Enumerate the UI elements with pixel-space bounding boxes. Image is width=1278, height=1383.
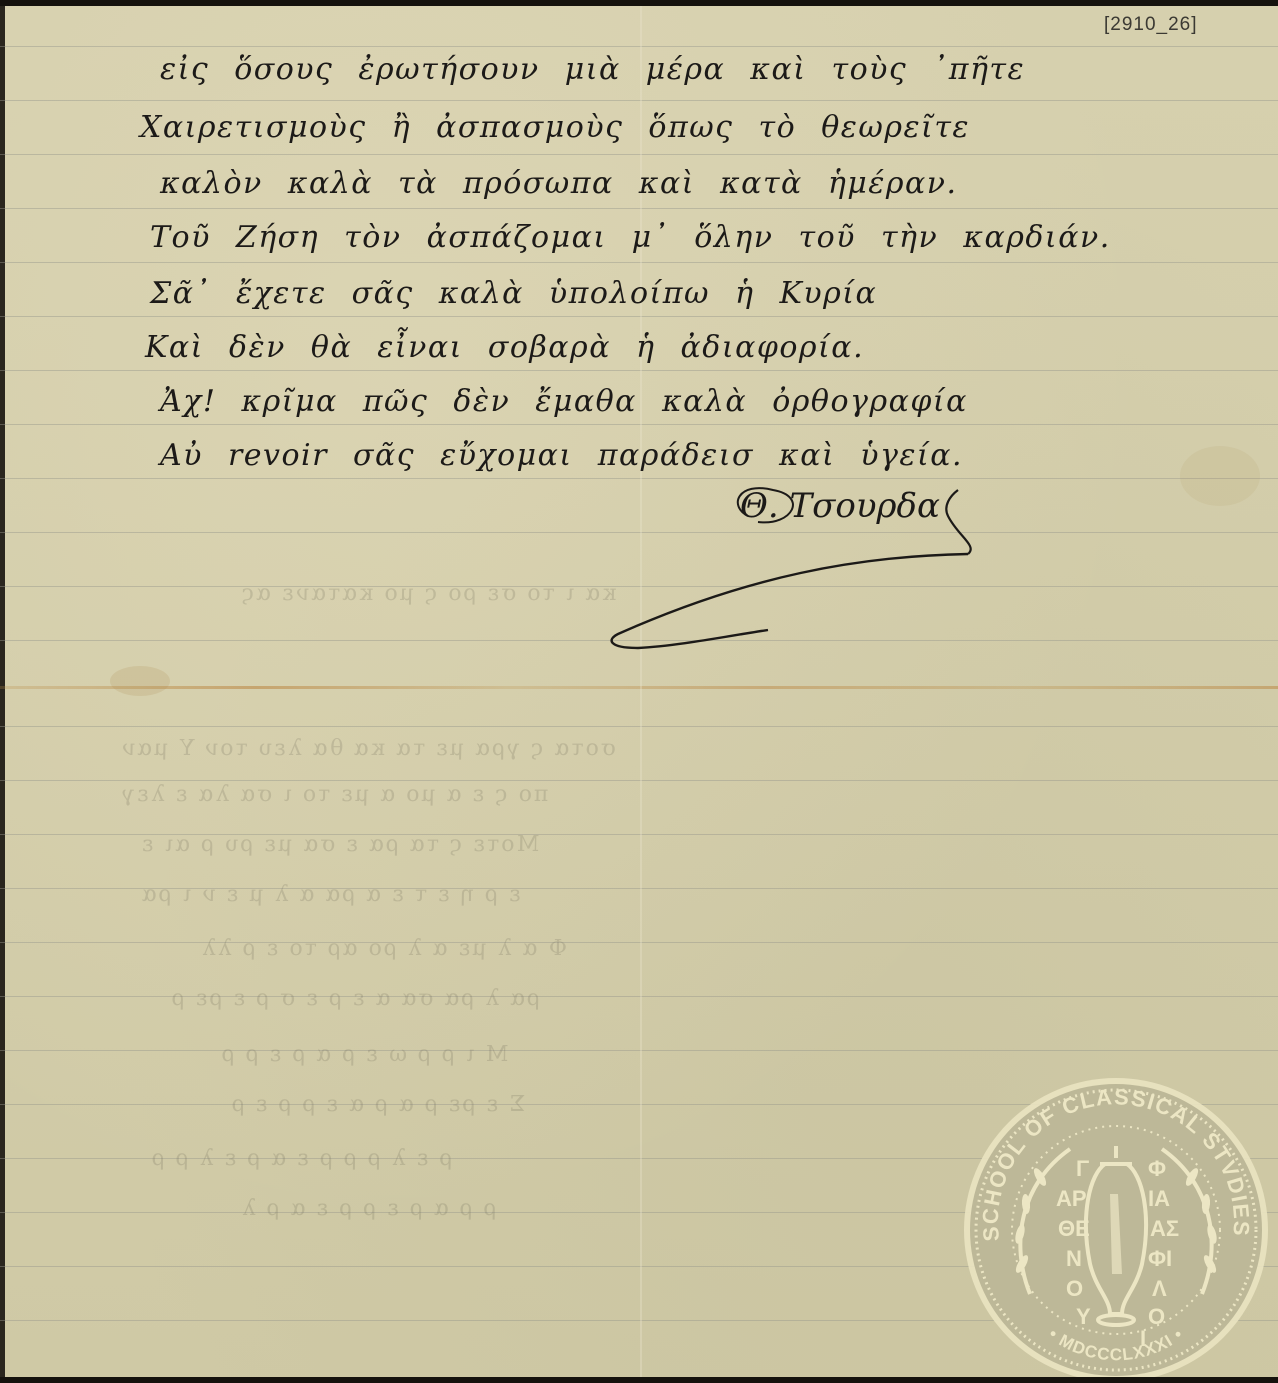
svg-text:ΑΡ: ΑΡ	[1056, 1186, 1087, 1211]
paper-stain	[110, 666, 170, 696]
letter-line: Ἀχ! κρῖμα πῶς δὲν ἔμαθα καλὰ ὀρθογραφία	[160, 384, 968, 419]
ruled-line	[0, 834, 1278, 835]
ruled-line	[0, 46, 1278, 47]
letter-line: εἰς ὅσους ἐρωτήσουν μιὰ μέρα καὶ τοὺς ᾽π…	[160, 52, 1025, 87]
paper-fold-horizontal	[0, 686, 1278, 689]
ruled-line	[0, 100, 1278, 101]
ruled-line	[0, 942, 1278, 943]
ruled-line	[0, 726, 1278, 727]
letter-line: Σᾶ᾽ ἔχετε σᾶς καλὰ ὑπολοίπω ἡ Κυρία	[150, 276, 877, 311]
scan-border-left	[0, 6, 5, 1377]
svg-text:Λ: Λ	[1152, 1276, 1167, 1301]
scan-border-bottom	[0, 1377, 1278, 1383]
svg-text:Υ: Υ	[1076, 1304, 1091, 1329]
paper-stain	[1180, 446, 1260, 506]
svg-text:Φ: Φ	[1148, 1156, 1166, 1181]
paper-fold-vertical	[640, 6, 642, 1377]
letter-line: Τοῦ Ζήση τὸν ἀσπάζομαι μ᾽ ὅλην τοῦ τὴν κ…	[150, 220, 1111, 255]
letter-line: Αὐ revoir σᾶς εὔχομαι παράδεισ καὶ ὑγεία…	[160, 438, 963, 473]
ruled-line	[0, 996, 1278, 997]
ruled-line	[0, 1050, 1278, 1051]
svg-text:ΦΙ: ΦΙ	[1148, 1246, 1172, 1271]
svg-text:Ν: Ν	[1066, 1246, 1082, 1271]
ruled-line	[0, 262, 1278, 263]
svg-text:Ο: Ο	[1148, 1304, 1165, 1329]
letter-page: κα ι το σε ρο ς μο κατανε ας σοτα ς γρα …	[0, 6, 1278, 1377]
letter-line: Καὶ δὲν θὰ εἶναι σοβαρὰ ἡ ἀδιαφορία.	[145, 330, 864, 365]
ruled-line	[0, 316, 1278, 317]
svg-text:ΘΕ: ΘΕ	[1058, 1216, 1090, 1241]
ruled-line	[0, 370, 1278, 371]
svg-text:Ι: Ι	[1140, 1326, 1146, 1351]
svg-text:Γ: Γ	[1076, 1156, 1089, 1181]
svg-text:ΑΣ: ΑΣ	[1150, 1216, 1179, 1241]
scan-border-top	[0, 0, 1278, 6]
ruled-line	[0, 780, 1278, 781]
svg-text:Ο: Ο	[1066, 1276, 1083, 1301]
signature-flourish-icon	[598, 476, 998, 656]
ruled-line	[0, 154, 1278, 155]
ruled-line	[0, 888, 1278, 889]
letter-line: καλὸν καλὰ τὰ πρόσωπα καὶ κατὰ ἡμέραν.	[160, 166, 958, 201]
archive-reference: [2910_26]	[1104, 14, 1198, 36]
ruled-line	[0, 424, 1278, 425]
ascsa-seal-icon: AMERICAN SCHOOL OF CLASSICAL STVDIES AT …	[960, 1074, 1272, 1377]
ruled-line	[0, 208, 1278, 209]
svg-text:ΙΑ: ΙΑ	[1148, 1186, 1170, 1211]
letter-line: Χαιρετισμοὺς ἢ ἀσπασμοὺς ὅπως τὸ θεωρεῖτ…	[140, 110, 970, 145]
